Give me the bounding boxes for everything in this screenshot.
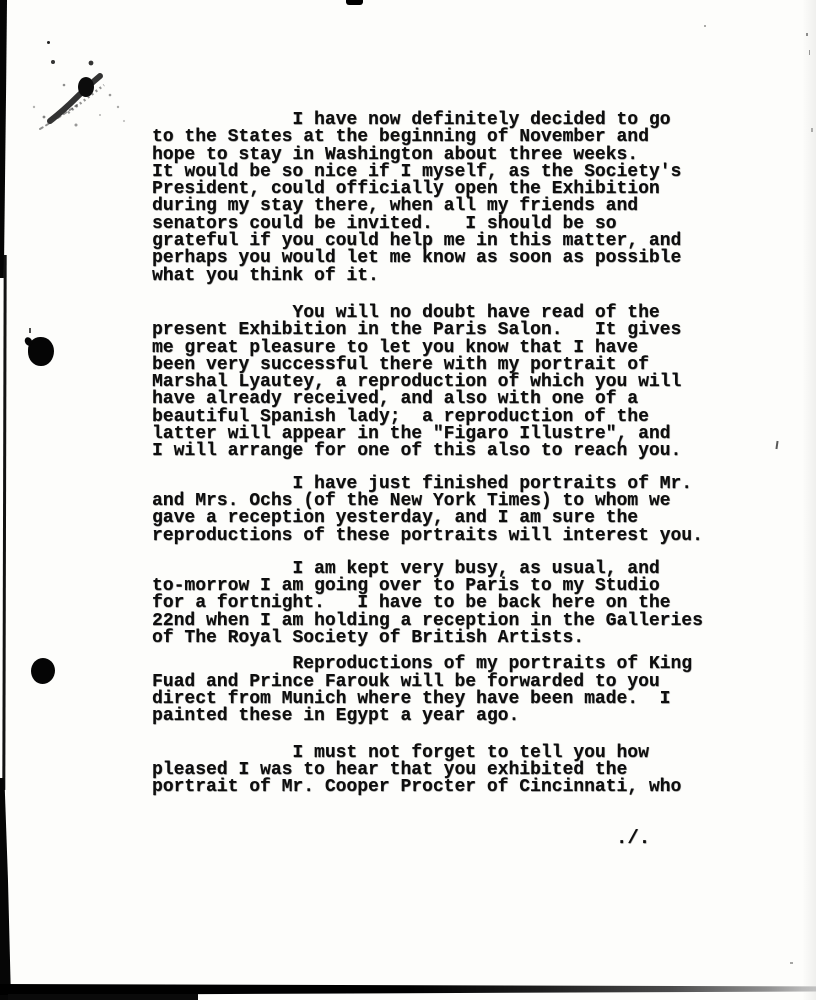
scan-edge-band-bottom-extra (8, 994, 198, 1000)
letter-paragraph: I have now definitely decided to go to t… (152, 112, 816, 285)
scan-speck (47, 41, 50, 44)
letter-paragraph: I am kept very busy, as usual, and to-mo… (152, 561, 816, 647)
punch-hole-dot (28, 337, 54, 366)
scan-edge-line-left (2, 255, 6, 790)
scan-speck (29, 328, 31, 333)
scan-speck (704, 25, 706, 27)
letter-paragraph: You will no doubt have read of the prese… (152, 305, 816, 461)
letter-paragraph: Reproductions of my portraits of King Fu… (152, 656, 816, 725)
top-edge-mark (346, 0, 363, 5)
letter-scan-page: I have now definitely decided to go to t… (0, 0, 816, 1000)
scan-edge-band-top-left (0, 0, 7, 278)
scan-speck (806, 33, 808, 36)
scan-speck (809, 50, 810, 55)
scan-speck (790, 962, 793, 964)
pencil-scribble (20, 55, 150, 145)
continuation-mark: ./. (616, 827, 650, 849)
scan-edge-band-bottom-left (0, 778, 11, 1000)
punch-hole-dot (31, 658, 55, 684)
letter-body: I have now definitely decided to go to t… (152, 112, 816, 796)
letter-paragraph: I have just finished portraits of Mr. an… (152, 476, 816, 545)
letter-paragraph: I must not forget to tell you how please… (152, 745, 816, 797)
